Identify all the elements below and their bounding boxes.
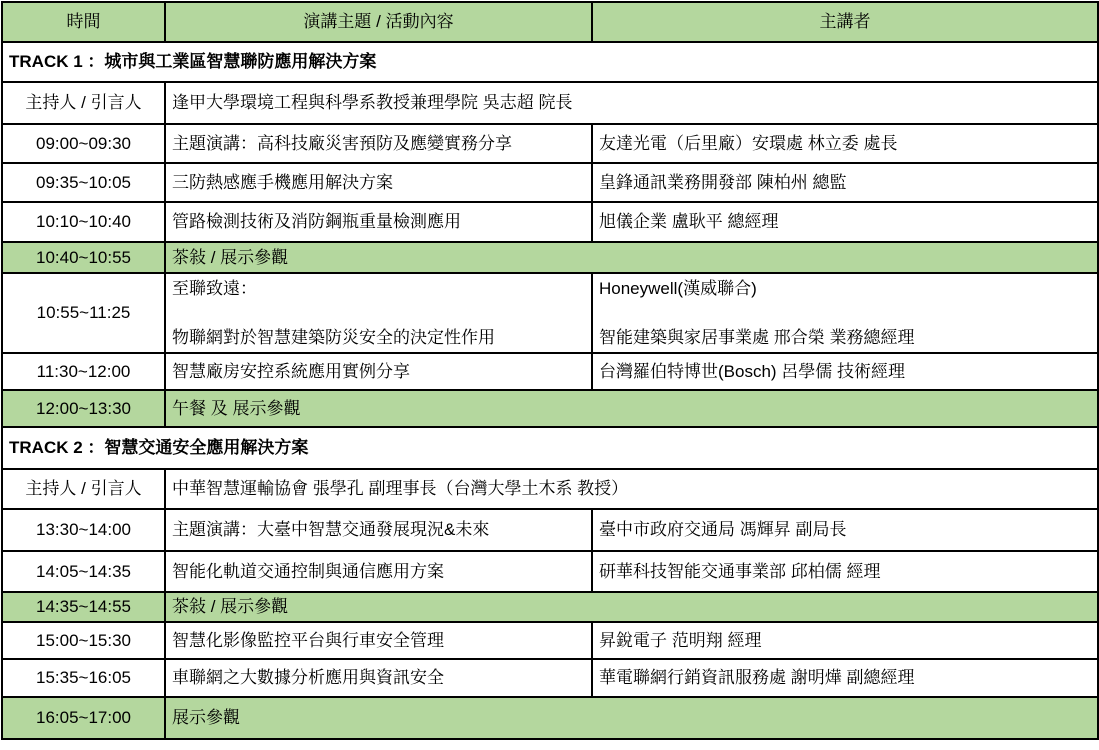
- time-cell: 12:00~13:30: [2, 390, 165, 427]
- break-row: 14:35~14:55 茶敍 / 展示參觀: [2, 592, 1098, 622]
- break-label: 茶敍 / 展示參觀: [165, 242, 1098, 273]
- host-row-track1: 主持人 / 引言人 逢甲大學環境工程與科學系教授兼理學院 吳志超 院長: [2, 82, 1098, 124]
- time-cell: 16:05~17:00: [2, 697, 165, 739]
- host-row-track2: 主持人 / 引言人 中華智慧運輸協會 張學孔 副理事長（台灣大學土木系 教授）: [2, 469, 1098, 509]
- host-name: 逢甲大學環境工程與科學系教授兼理學院 吳志超 院長: [165, 82, 1098, 124]
- time-cell: 09:00~09:30: [2, 124, 165, 163]
- topic-cell: 智慧化影像監控平台與行車安全管理: [165, 622, 592, 659]
- topic-cell: 至聯致遠： 物聯網對於智慧建築防災安全的決定性作用: [165, 273, 592, 353]
- speaker-cell: 友達光電（后里廠）安環處 林立委 處長: [592, 124, 1098, 163]
- session-row: 10:55~11:25 至聯致遠： 物聯網對於智慧建築防災安全的決定性作用 Ho…: [2, 273, 1098, 353]
- session-row: 09:35~10:05 三防熱感應手機應用解決方案 皇鋒通訊業務開發部 陳柏州 …: [2, 163, 1098, 202]
- column-header-speaker: 主講者: [592, 2, 1098, 42]
- time-cell: 10:10~10:40: [2, 202, 165, 242]
- break-label: 展示參觀: [165, 697, 1098, 739]
- time-cell: 10:40~10:55: [2, 242, 165, 273]
- speaker-line-1: Honeywell(漢威聯合): [599, 278, 1091, 299]
- time-cell: 09:35~10:05: [2, 163, 165, 202]
- topic-cell: 智慧廠房安控系統應用實例分享: [165, 353, 592, 390]
- table-header-row: 時間 演講主題 / 活動內容 主講者: [2, 2, 1098, 42]
- break-label: 茶敍 / 展示參觀: [165, 592, 1098, 622]
- column-header-topic: 演講主題 / 活動內容: [165, 2, 592, 42]
- topic-cell: 管路檢測技術及消防鋼瓶重量檢測應用: [165, 202, 592, 242]
- session-row: 09:00~09:30 主題演講：高科技廠災害預防及應變實務分享 友達光電（后里…: [2, 124, 1098, 163]
- track2-title: TRACK 2 ：智慧交通安全應用解決方案: [2, 427, 1098, 469]
- session-row: 11:30~12:00 智慧廠房安控系統應用實例分享 台灣羅伯特博世(Bosch…: [2, 353, 1098, 390]
- column-header-time: 時間: [2, 2, 165, 42]
- speaker-cell: 昇銳電子 范明翔 經理: [592, 622, 1098, 659]
- topic-cell: 智能化軌道交通控制與通信應用方案: [165, 551, 592, 592]
- speaker-cell: 華電聯網行銷資訊服務處 謝明燁 副總經理: [592, 659, 1098, 697]
- speaker-cell: 皇鋒通訊業務開發部 陳柏州 總監: [592, 163, 1098, 202]
- session-row: 13:30~14:00 主題演講：大臺中智慧交通發展現況&未來 臺中市政府交通局…: [2, 509, 1098, 551]
- topic-line-1: 至聯致遠：: [172, 278, 585, 299]
- speaker-cell: 旭儀企業 盧耿平 總經理: [592, 202, 1098, 242]
- break-row: 12:00~13:30 午餐 及 展示參觀: [2, 390, 1098, 427]
- topic-cell: 主題演講：大臺中智慧交通發展現況&未來: [165, 509, 592, 551]
- host-name: 中華智慧運輸協會 張學孔 副理事長（台灣大學土木系 教授）: [165, 469, 1098, 509]
- time-cell: 14:35~14:55: [2, 592, 165, 622]
- time-cell: 15:00~15:30: [2, 622, 165, 659]
- agenda-page: 時間 演講主題 / 活動內容 主講者 TRACK 1 ：城市與工業區智慧聯防應用…: [0, 0, 1099, 750]
- break-row: 10:40~10:55 茶敍 / 展示參觀: [2, 242, 1098, 273]
- topic-cell: 主題演講：高科技廠災害預防及應變實務分享: [165, 124, 592, 163]
- topic-cell: 三防熱感應手機應用解決方案: [165, 163, 592, 202]
- break-label: 午餐 及 展示參觀: [165, 390, 1098, 427]
- time-cell: 10:55~11:25: [2, 273, 165, 353]
- host-label: 主持人 / 引言人: [2, 82, 165, 124]
- track1-title: TRACK 1 ：城市與工業區智慧聯防應用解決方案: [2, 42, 1098, 82]
- speaker-cell: Honeywell(漢威聯合) 智能建築與家居事業處 邢合榮 業務總經理: [592, 273, 1098, 353]
- speaker-cell: 台灣羅伯特博世(Bosch) 呂學儒 技術經理: [592, 353, 1098, 390]
- topic-cell: 車聯網之大數據分析應用與資訊安全: [165, 659, 592, 697]
- speaker-cell: 臺中市政府交通局 馮輝昇 副局長: [592, 509, 1098, 551]
- break-row: 16:05~17:00 展示參觀: [2, 697, 1098, 739]
- time-cell: 13:30~14:00: [2, 509, 165, 551]
- session-row: 15:35~16:05 車聯網之大數據分析應用與資訊安全 華電聯網行銷資訊服務處…: [2, 659, 1098, 697]
- track2-row: TRACK 2 ：智慧交通安全應用解決方案: [2, 427, 1098, 469]
- host-label: 主持人 / 引言人: [2, 469, 165, 509]
- session-row: 14:05~14:35 智能化軌道交通控制與通信應用方案 研華科技智能交通事業部…: [2, 551, 1098, 592]
- speaker-line-2: 智能建築與家居事業處 邢合榮 業務總經理: [599, 327, 1091, 348]
- time-cell: 14:05~14:35: [2, 551, 165, 592]
- session-row: 15:00~15:30 智慧化影像監控平台與行車安全管理 昇銳電子 范明翔 經理: [2, 622, 1098, 659]
- time-cell: 11:30~12:00: [2, 353, 165, 390]
- time-cell: 15:35~16:05: [2, 659, 165, 697]
- topic-line-2: 物聯網對於智慧建築防災安全的決定性作用: [172, 327, 585, 348]
- track1-row: TRACK 1 ：城市與工業區智慧聯防應用解決方案: [2, 42, 1098, 82]
- speaker-cell: 研華科技智能交通事業部 邱柏儒 經理: [592, 551, 1098, 592]
- agenda-table: 時間 演講主題 / 活動內容 主講者 TRACK 1 ：城市與工業區智慧聯防應用…: [1, 1, 1099, 740]
- session-row: 10:10~10:40 管路檢測技術及消防鋼瓶重量檢測應用 旭儀企業 盧耿平 總…: [2, 202, 1098, 242]
